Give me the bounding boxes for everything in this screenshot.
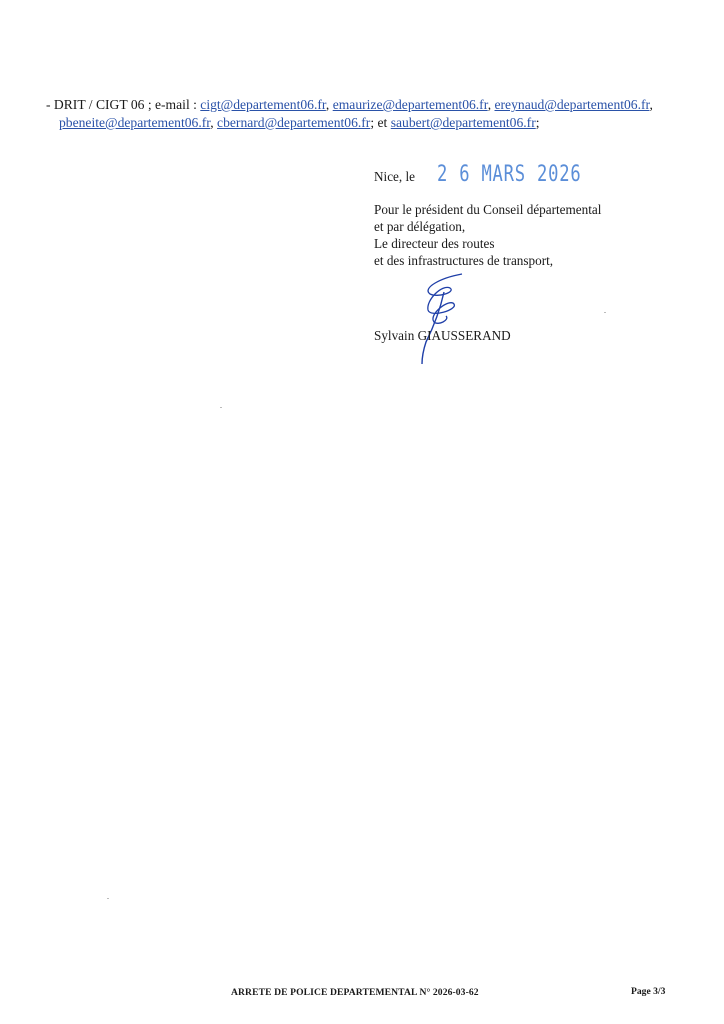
handwritten-signature-icon [400, 270, 490, 370]
delegation-line: et par délégation, [374, 218, 694, 235]
recipients-list: - DRIT / CIGT 06 ; e-mail : cigt@departe… [46, 96, 686, 132]
date-stamp: 2 6 MARS 2026 [437, 166, 581, 183]
footer-page-number: Page 3/3 [631, 986, 665, 997]
email-link-ereynaud[interactable]: ereynaud@departement06.fr [495, 97, 650, 112]
email-link-saubert[interactable]: saubert@departement06.fr [391, 115, 536, 130]
signer-name: Sylvain GIAUSSERAND [374, 328, 511, 344]
recipients-prefix: - DRIT / CIGT 06 ; e-mail : [46, 97, 200, 112]
email-link-emaurize[interactable]: emaurize@departement06.fr [333, 97, 488, 112]
place-label: Nice, le [374, 168, 415, 185]
scan-speck [604, 312, 606, 313]
recipients-line-1: - DRIT / CIGT 06 ; e-mail : cigt@departe… [46, 96, 686, 114]
recipients-line-2: pbeneite@departement06.fr, cbernard@depa… [46, 114, 686, 132]
scan-speck [220, 407, 222, 408]
footer-document-title: ARRETE DE POLICE DEPARTEMENTAL N° 2026-0… [231, 987, 479, 998]
delegation-line: et des infrastructures de transport, [374, 252, 694, 269]
place-date-row: Nice, le 2 6 MARS 2026 [374, 166, 694, 185]
email-link-cigt[interactable]: cigt@departement06.fr [200, 97, 326, 112]
delegation-line: Le directeur des routes [374, 235, 694, 252]
email-link-pbeneite[interactable]: pbeneite@departement06.fr [59, 115, 210, 130]
delegation-line: Pour le président du Conseil département… [374, 201, 694, 218]
scan-speck [107, 898, 109, 899]
signature-block: Nice, le 2 6 MARS 2026 Pour le président… [374, 166, 694, 269]
email-link-cbernard[interactable]: cbernard@departement06.fr [217, 115, 370, 130]
delegation-text: Pour le président du Conseil département… [374, 201, 694, 269]
